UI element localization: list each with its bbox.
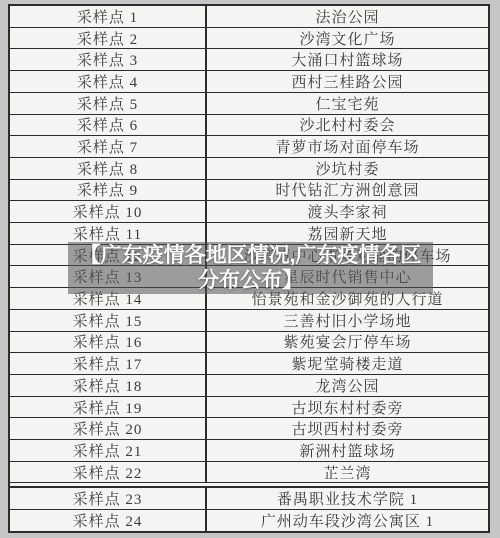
table-row: 采样点 19古坝东村村委旁 [10,397,488,419]
sampling-point-cell: 采样点 4 [10,71,207,92]
sampling-point-cell: 采样点 17 [10,353,207,374]
table-row: 采样点 22芷兰湾 [10,462,488,484]
table-row: 采样点 16紫苑宴会厅停车场 [10,332,488,354]
sampling-point-cell: 采样点 8 [10,158,207,179]
location-cell: 青萝市场对面停车场 [207,136,488,157]
table-row: 采样点 9时代钻汇方洲创意园 [10,180,488,202]
location-cell: 沙坑村委 [207,158,488,179]
table-row: 采样点 24广州动车段沙湾公寓区 1 [10,510,488,531]
sampling-point-cell: 采样点 5 [10,93,207,114]
location-cell: 三善村旧小学场地 [207,310,488,331]
sampling-point-cell: 采样点 11 [10,223,207,244]
location-cell: 渡头李家祠 [207,201,488,222]
location-cell: 紫苑宴会厅停车场 [207,332,488,353]
table-row: 采样点 1法治公园 [10,6,488,28]
location-cell: 龙湾公园 [207,375,488,396]
sampling-point-cell: 采样点 24 [10,510,207,531]
sampling-point-cell: 采样点 20 [10,418,207,439]
table-row: 采样点 17紫坭堂骑楼走道 [10,353,488,375]
table-row: 采样点 6沙北村村委会 [10,115,488,137]
location-cell: 沙湾文化广场 [207,28,488,49]
table-row: 采样点 10渡头李家祠 [10,201,488,223]
table-row: 采样点 5仁宝宅苑 [10,93,488,115]
sampling-point-cell: 采样点 9 [10,180,207,201]
location-cell: 沙北村村委会 [207,115,488,136]
location-cell: 古坝东村村委旁 [207,397,488,418]
location-cell: 紫坭堂骑楼走道 [207,353,488,374]
location-cell: 古坝西村村委旁 [207,418,488,439]
location-cell: 番禺职业技术学院 1 [207,488,488,509]
location-cell: 芷兰湾 [207,462,488,483]
table-row: 采样点 2沙湾文化广场 [10,28,488,50]
location-cell: 西村三桂路公园 [207,71,488,92]
table-row: 采样点 20古坝西村村委旁 [10,418,488,440]
location-cell: 法治公园 [207,6,488,27]
table-row: 采样点 18龙湾公园 [10,375,488,397]
location-cell: 荔园新天地 [207,223,488,244]
table-row: 采样点 23番禺职业技术学院 1 [10,486,488,510]
location-cell: 新洲村篮球场 [207,440,488,461]
sampling-point-cell: 采样点 7 [10,136,207,157]
sampling-point-cell: 采样点 3 [10,49,207,70]
sampling-point-cell: 采样点 16 [10,332,207,353]
sampling-point-cell: 采样点 18 [10,375,207,396]
location-cell: 仁宝宅苑 [207,93,488,114]
sampling-point-cell: 采样点 19 [10,397,207,418]
watermark-text-line2: 分布公布】 [198,268,303,293]
watermark-banner: 【广东疫情各地区情况,广东疫情各区 分布公布】 [68,242,433,294]
table-row: 采样点 15三善村旧小学场地 [10,310,488,332]
sampling-point-cell: 采样点 2 [10,28,207,49]
table-row: 采样点 7青萝市场对面停车场 [10,136,488,158]
sampling-point-cell: 采样点 21 [10,440,207,461]
watermark-text-line1: 【广东疫情各地区情况,广东疫情各区 [80,243,422,268]
sampling-point-cell: 采样点 15 [10,310,207,331]
location-cell: 大涌口村篮球场 [207,49,488,70]
sampling-point-cell: 采样点 1 [10,6,207,27]
table-row: 采样点 4西村三桂路公园 [10,71,488,93]
location-cell: 广州动车段沙湾公寓区 1 [207,510,488,531]
table-row: 采样点 3大涌口村篮球场 [10,49,488,71]
sampling-point-cell: 采样点 6 [10,115,207,136]
table-row: 采样点 8沙坑村委 [10,158,488,180]
page: { "page": { "background": "#c6c6c6" }, "… [0,0,500,538]
location-cell: 时代钻汇方洲创意园 [207,180,488,201]
sampling-point-cell: 采样点 23 [10,488,207,509]
table-row: 采样点 21新洲村篮球场 [10,440,488,462]
sampling-point-cell: 采样点 22 [10,462,207,483]
sampling-point-cell: 采样点 10 [10,201,207,222]
